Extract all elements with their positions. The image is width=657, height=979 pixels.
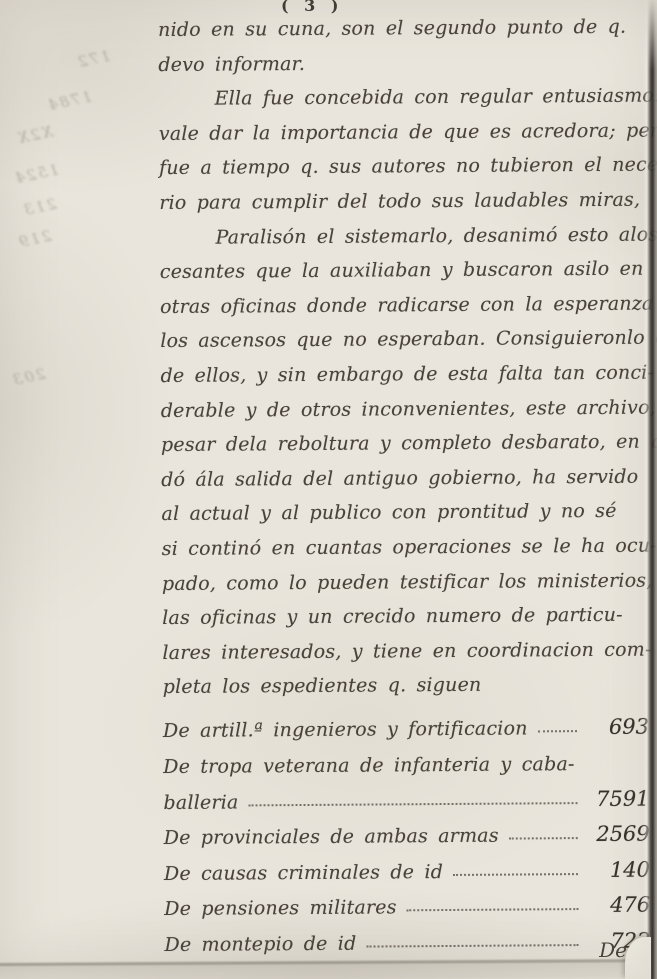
dotted-leader — [366, 944, 578, 947]
handwritten-line: otras oficinas donde radicarse con la es… — [160, 286, 646, 324]
list-item-value: 693 — [585, 715, 649, 739]
handwritten-line: las oficinas y un crecido numero de part… — [162, 598, 648, 636]
handwritten-line: lares interesados, y tiene en coordinaci… — [162, 632, 648, 670]
handwritten-line: vale dar la importancia de que es acredo… — [159, 113, 645, 151]
bleedthrough-mark: 213 — [21, 195, 59, 220]
list-item: De artill.ª ingenieros y fortificacion 6… — [163, 706, 649, 745]
handwritten-line: al actual y al publico con prontitud y n… — [161, 494, 647, 532]
handwritten-line: Paralisón el sistemarlo, desanimó esto a… — [159, 217, 645, 255]
handwritten-line: dó ála salida del antiguo gobierno, ha s… — [161, 459, 647, 497]
bleedthrough-mark: 219 — [16, 227, 54, 252]
handwritten-line: de ellos, y sin embargo de esta falta ta… — [160, 356, 646, 394]
list-item-value: 476 — [586, 893, 650, 917]
handwritten-line: fue a tiempo q. sus autores no tubieron … — [159, 148, 645, 186]
handwritten-line: nido en su cuna, son el segundo punto de… — [158, 10, 644, 48]
bleedthrough-mark: 1784 — [45, 87, 94, 114]
list-item: De montepio de id 722 — [164, 920, 650, 959]
manuscript-text: nido en su cuna, son el segundo punto de… — [158, 10, 651, 959]
list-item-value: 7591 — [585, 786, 649, 810]
dotted-leader — [509, 837, 578, 839]
handwritten-line: Ella fue concebida con regular entusiasm… — [158, 79, 644, 117]
handwritten-line: pesar dela reboltura y completo desbarat… — [161, 425, 647, 463]
handwritten-line: cesantes que la auxiliaban y buscaron as… — [160, 252, 646, 290]
page-bottom-shade — [0, 961, 649, 979]
list-item-value: 2569 — [586, 822, 650, 846]
dotted-leader — [407, 909, 579, 912]
bleedthrough-mark: 203 — [10, 365, 48, 390]
list-item: De causas criminales de id 140 — [164, 849, 650, 888]
handwritten-line: derable y de otros inconvenientes, este … — [161, 390, 647, 428]
list-item-label: De causas criminales de id — [164, 861, 443, 885]
list-item-label: De artill.ª ingenieros y fortificacion — [163, 718, 528, 743]
list-item-label: De provinciales de ambas armas — [164, 825, 499, 849]
manuscript-page: 172 1784 X2X 1524 213 219 203 ( 3 ) nido… — [0, 0, 657, 979]
handwritten-line: pleta los espedientes q. siguen — [163, 667, 649, 705]
bleedthrough-mark: 172 — [75, 47, 113, 72]
list-item-label: De tropa veterana de infanteria y caba- — [163, 753, 574, 778]
dotted-leader — [538, 731, 577, 733]
handwritten-line: devo informar. — [158, 44, 644, 82]
list-item: De pensiones militares 476 — [164, 884, 650, 923]
list-item: De tropa veterana de infanteria y caba- — [163, 742, 649, 781]
list-item-label: De pensiones militares — [164, 897, 397, 921]
dotted-leader — [453, 873, 578, 876]
handwritten-line: si continó en cuantas operaciones se le … — [162, 529, 648, 567]
handwritten-line: los ascensos que no esperaban. Consiguie… — [160, 321, 646, 359]
scan-edge-shadow — [643, 0, 657, 979]
list-item: De provinciales de ambas armas 2569 — [164, 813, 650, 852]
list-item-label: De montepio de id — [164, 933, 356, 956]
list-item: balleria 7591 — [163, 778, 649, 817]
dotted-leader — [249, 802, 578, 806]
expedientes-list: De artill.ª ingenieros y fortificacion 6… — [163, 706, 651, 959]
handwritten-line: pado, como lo pueden testificar los mini… — [162, 563, 648, 601]
bleedthrough-mark: 1524 — [12, 160, 61, 187]
list-item-value: 140 — [586, 857, 650, 881]
bleedthrough-mark: X2X — [15, 122, 55, 147]
handwritten-line: rio para cumplir del todo sus laudables … — [159, 183, 645, 221]
list-item-label: balleria — [163, 791, 238, 814]
